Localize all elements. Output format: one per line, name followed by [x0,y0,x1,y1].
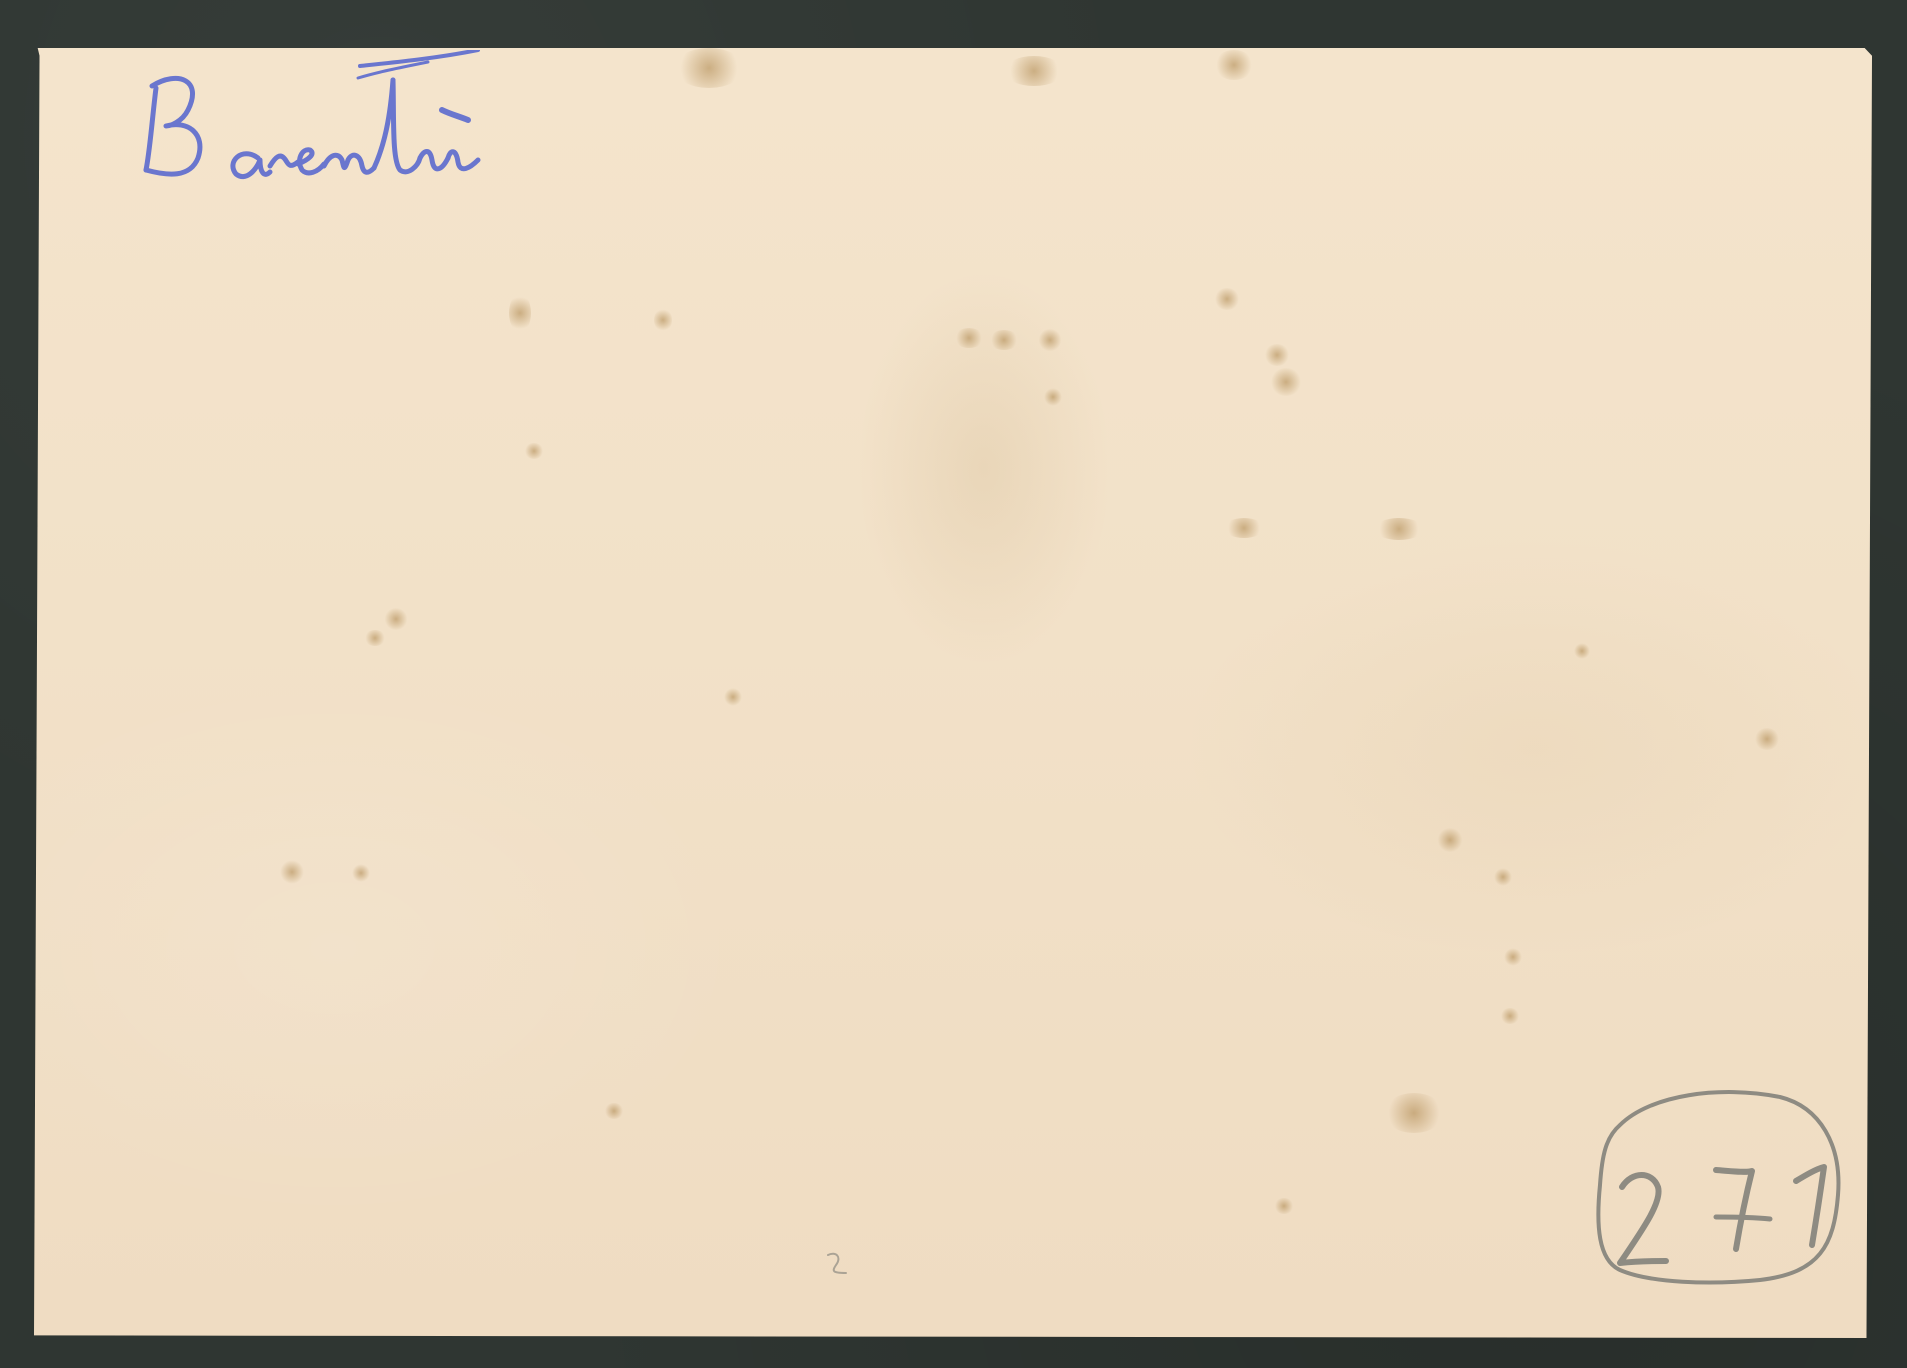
foxing-spot [364,630,386,646]
handwritten-name-inscription: Barentii [138,50,658,200]
foxing-spot [524,443,544,459]
foxing-spot [1264,344,1290,366]
foxing-spot [1224,518,1264,538]
foxing-spot [1004,56,1064,86]
foxing-spot [604,1103,624,1119]
foxing-spot [1214,50,1254,80]
foxing-spot [654,308,672,332]
foxing-spot [1039,328,1061,352]
foxing-spot [1384,1093,1444,1133]
foxing-spot [724,688,742,706]
foxing-spot [1504,948,1522,966]
foxing-spot [384,608,408,630]
foxing-spot [1274,1198,1294,1214]
foxing-spot [1044,388,1062,406]
foxing-spot [954,328,984,348]
foxing-spot [1500,1008,1520,1024]
foxing-spot [1754,728,1780,750]
foxing-spot [1494,868,1512,886]
foxing-spot [674,48,744,88]
foxing-spot [280,860,304,884]
foxing-spot [352,864,370,882]
foxing-spot [989,330,1019,350]
small-pencil-mark: 2 [818,1245,858,1285]
foxing-spot [1214,288,1240,310]
pencil-catalog-number: 271 [1580,1075,1850,1290]
foxing-spot [509,293,531,333]
foxing-spot [1270,368,1302,396]
foxing-spot [1374,518,1424,540]
handwriting-strokes [138,50,658,200]
foxing-spot [1437,828,1463,852]
foxing-spot [1574,643,1590,659]
